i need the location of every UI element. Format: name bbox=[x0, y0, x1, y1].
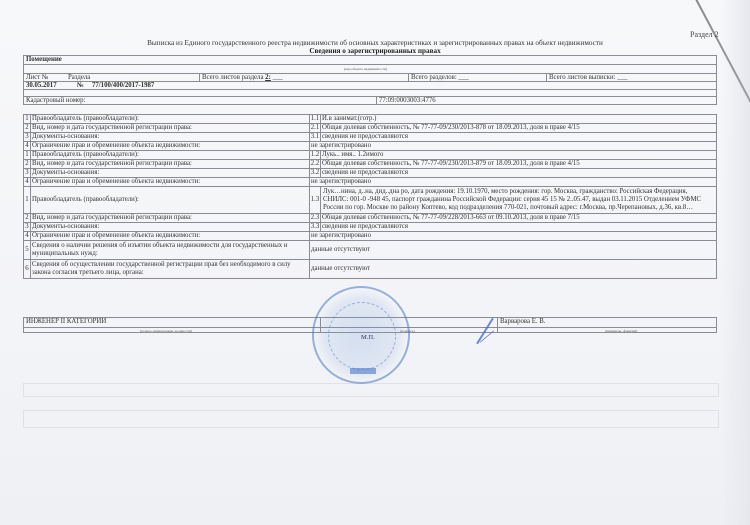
section-no-label: Раздела bbox=[68, 74, 90, 82]
document-title: Выписка из Единого государственного реес… bbox=[0, 39, 750, 47]
total-sheets-label: Всего листов выписки: ___ bbox=[549, 74, 627, 82]
row-number: 5 bbox=[24, 241, 31, 260]
row-code: 2.2 bbox=[310, 160, 321, 169]
page-edge-shadow bbox=[720, 0, 750, 525]
document-subtitle: Сведения о зарегистрированных правах bbox=[0, 47, 750, 55]
row-value: Общая долевая собственность, № 77-77-09/… bbox=[321, 214, 717, 223]
table-row: 5Сведения о наличии решения об изъятии о… bbox=[24, 241, 717, 260]
reverse-side-bleed bbox=[23, 410, 719, 428]
row-label: Ограничение прав и обременение объекта н… bbox=[31, 178, 310, 187]
row-number: 3 bbox=[24, 133, 31, 142]
row-label: Вид, номер и дата государственной регист… bbox=[31, 124, 310, 133]
table-row: 6Сведения об осуществлении государственн… bbox=[24, 260, 717, 279]
table-row: 2Вид, номер и дата государственной регис… bbox=[24, 160, 717, 169]
row-value: не зарегистрировано bbox=[310, 142, 717, 151]
extract-number: 77/100/400/2017-1987 bbox=[92, 82, 154, 90]
total-sections-label: Всего разделов: ___ bbox=[411, 74, 469, 82]
row-value: Лук…нина, д..на, дид..дна ро, дата рожде… bbox=[321, 187, 717, 214]
row-code: 3.3 bbox=[310, 223, 321, 232]
rights-table: 1Правообладатель (правообладатели):1.1И.… bbox=[23, 114, 717, 279]
row-value: И.в занимат.(готр.) bbox=[321, 115, 717, 124]
row-number: 6 bbox=[24, 260, 31, 279]
stamp-place-label: М.П. bbox=[361, 334, 375, 341]
row-label: Вид, номер и дата государственной регист… bbox=[31, 160, 310, 169]
row-number: 3 bbox=[24, 169, 31, 178]
row-label: Сведения о наличии решения об изъятии об… bbox=[31, 241, 310, 260]
table-row: 1Правообладатель (правообладатели):1.3Лу… bbox=[24, 187, 717, 214]
row-label: Правообладатель (правообладатели): bbox=[31, 151, 310, 160]
sheets-in-section-label: Всего листов раздела 2: ___ bbox=[202, 74, 283, 82]
table-row: 3Документы-основания:3.3сведения не пред… bbox=[24, 223, 717, 232]
row-label: Ограничение прав и обременение объекта н… bbox=[31, 232, 310, 241]
row-value: Общая долевая собственность, № 77-77-09/… bbox=[321, 160, 717, 169]
row-label: Документы-основания: bbox=[31, 133, 310, 142]
cadastral-label: Кадастровый номер: bbox=[26, 97, 85, 105]
cadastral-number: 77:09:0003003:4776 bbox=[379, 97, 436, 105]
table-row: 3Документы-основания:3.1сведения не пред… bbox=[24, 133, 717, 142]
row-label: Сведения об осуществлении государственно… bbox=[31, 260, 310, 279]
row-code: 1.2 bbox=[310, 151, 321, 160]
table-row: 4Ограничение прав и обременение объекта … bbox=[24, 178, 717, 187]
row-value: данные отсутствуют bbox=[310, 241, 717, 260]
row-value: Общая долевая собственность, № 77-77-09/… bbox=[321, 124, 717, 133]
row-label: Правообладатель (правообладатели): bbox=[31, 187, 310, 214]
row-label: Документы-основания: bbox=[31, 223, 310, 232]
number-sign: № bbox=[77, 82, 84, 90]
row-value: данные отсутствуют bbox=[310, 260, 717, 279]
row-number: 2 bbox=[24, 214, 31, 223]
row-code: 2.1 bbox=[310, 124, 321, 133]
row-value: сведения не предоставляются bbox=[321, 169, 717, 178]
row-label: Ограничение прав и обременение объекта н… bbox=[31, 142, 310, 151]
row-number: 1 bbox=[24, 151, 31, 160]
object-type-caption: (вид объекта недвижимости) bbox=[344, 67, 387, 71]
row-number: 4 bbox=[24, 232, 31, 241]
row-number: 4 bbox=[24, 178, 31, 187]
table-row: 3Документы-основания:3.2сведения не пред… bbox=[24, 169, 717, 178]
sheets-in-section-text: Всего листов раздела bbox=[202, 74, 263, 81]
row-value: не зарегистрировано bbox=[310, 178, 717, 187]
extract-date: 30.05.2017 bbox=[26, 82, 57, 90]
official-position: ИНЖЕНЕР II КАТЕГОРИИ bbox=[26, 318, 106, 326]
row-number: 1 bbox=[24, 187, 31, 214]
row-value: Лукь.. имя.. 1.2имого bbox=[321, 151, 717, 160]
row-code: 1.1 bbox=[310, 115, 321, 124]
name-caption: (инициалы, фамилия) bbox=[605, 329, 637, 333]
row-number: 3 bbox=[24, 223, 31, 232]
row-code: 1.3 bbox=[310, 187, 321, 214]
row-label: Документы-основания: bbox=[31, 169, 310, 178]
row-number: 1 bbox=[24, 115, 31, 124]
row-label: Правообладатель (правообладатели): bbox=[31, 115, 310, 124]
table-row: 4Ограничение прав и обременение объекта … bbox=[24, 142, 717, 151]
reverse-side-bleed bbox=[23, 383, 719, 397]
row-value: сведения не предоставляются bbox=[321, 223, 717, 232]
row-value: не зарегистрировано bbox=[310, 232, 717, 241]
document-page: Раздел 2 Выписка из Единого государствен… bbox=[0, 0, 750, 525]
object-type: Помещение bbox=[26, 56, 62, 64]
position-caption: (полное наименование должности) bbox=[140, 329, 192, 333]
row-code: 2.3 bbox=[310, 214, 321, 223]
official-name: Варварова Е. В. bbox=[500, 318, 546, 326]
total-sheets-text: Всего листов выписки: bbox=[549, 74, 616, 81]
section-label: Раздел 2 bbox=[690, 30, 719, 39]
table-row: 4Ограничение прав и обременение объекта … bbox=[24, 232, 717, 241]
table-row: 1Правообладатель (правообладатели):1.1И.… bbox=[24, 115, 717, 124]
total-sections-text: Всего разделов: bbox=[411, 74, 457, 81]
row-label: Вид, номер и дата государственной регист… bbox=[31, 214, 310, 223]
table-row: 2Вид, номер и дата государственной регис… bbox=[24, 214, 717, 223]
sheets-in-section-value: 2: bbox=[265, 74, 271, 81]
table-row: 2Вид, номер и дата государственной регис… bbox=[24, 124, 717, 133]
table-row: 1Правообладатель (правообладатели):1.2Лу… bbox=[24, 151, 717, 160]
row-value: сведения не предоставляются bbox=[321, 133, 717, 142]
row-code: 3.1 bbox=[310, 133, 321, 142]
row-code: 3.2 bbox=[310, 169, 321, 178]
row-number: 2 bbox=[24, 124, 31, 133]
sheet-no-label: Лист № bbox=[26, 74, 48, 82]
row-number: 2 bbox=[24, 160, 31, 169]
seal-band bbox=[350, 368, 376, 374]
row-number: 4 bbox=[24, 142, 31, 151]
